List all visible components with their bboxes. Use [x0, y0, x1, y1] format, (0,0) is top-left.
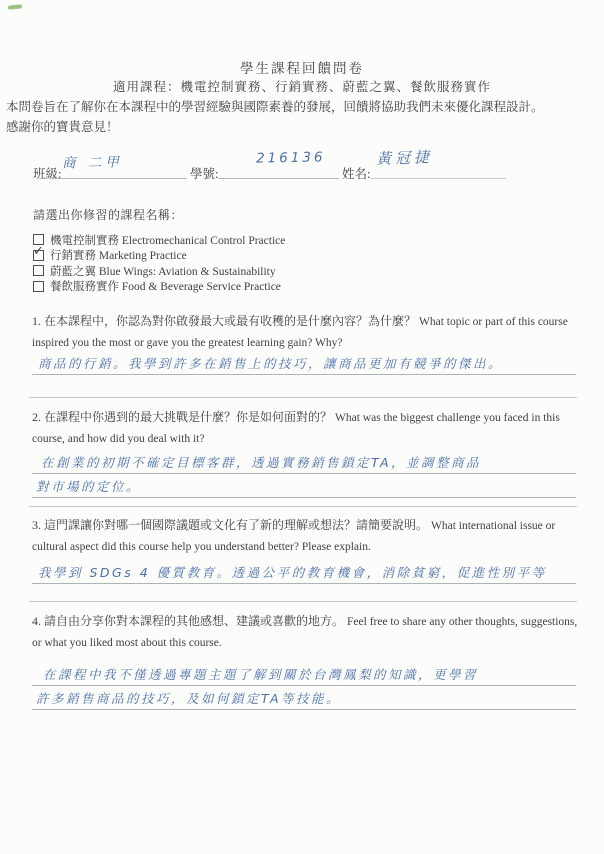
student-id-underline [218, 178, 339, 179]
question-2-answer-line-1-handwritten: 在創業的初期不確定目標客群，透過實務銷售鎖定TA，並調整商品 [41, 453, 481, 471]
form-title: 學生課程回饋問卷 [0, 57, 604, 77]
class-label: 班級: [33, 164, 61, 182]
intro-text: 本問卷旨在了解你在本課程中的學習經驗與國際素養的發展，回饋將協助我們未來優化課程… [6, 97, 598, 137]
name-underline [370, 178, 506, 179]
checkbox-blue-wings: ✓ [33, 265, 44, 276]
student-id-label: 學號: [190, 164, 218, 182]
class-value-handwritten: 商 二甲 [62, 150, 123, 171]
scan-artifact-mark [8, 4, 22, 9]
course-option-food-beverage: ✓ 餐飲服務實作 Food & Beverage Service Practic… [33, 279, 573, 295]
student-id-value-handwritten: 216136 [256, 149, 326, 166]
question-4-answer-line-2-handwritten: 許多銷售商品的技巧，及如何鎖定TA等技能。 [36, 689, 341, 707]
question-2-answer-line-2-handwritten: 對市場的定位。 [36, 477, 141, 495]
question-1-answer-handwritten: 商品的行銷。我學到許多在銷售上的技巧，讓商品更加有競爭的傑出。 [38, 354, 503, 372]
name-label: 姓名: [342, 164, 370, 182]
section-divider [29, 601, 577, 602]
answer-line: 在課程中我不僅透過專題主題了解到關於台灣鳳梨的知識，更學習 [32, 661, 576, 686]
course-option-blue-wings: ✓ 蔚藍之翼 Blue Wings: Aviation & Sustainabi… [33, 263, 573, 279]
class-underline [50, 178, 187, 179]
question-1-zh: 1. 在本課程中，你認為對你啟發最大或最有收穫的是什麼內容？為什麼？ [32, 314, 416, 328]
answer-line: 商品的行銷。我學到許多在銷售上的技巧，讓商品更加有競爭的傑出。 [32, 350, 576, 375]
answer-line: 對市場的定位。 [32, 473, 576, 498]
question-4-answer-line-1-handwritten: 在課程中我不僅透過專題主題了解到關於台灣鳳梨的知識，更學習 [43, 665, 478, 683]
section-divider [29, 397, 577, 398]
answer-line: 在創業的初期不確定目標客群，透過實務銷售鎖定TA，並調整商品 [32, 449, 576, 474]
name-value-handwritten: 黃冠捷 [376, 146, 434, 169]
scanned-questionnaire-page: 學生課程回饋問卷 適用課程：機電控制實務、行銷實務、蔚藍之翼、餐飲服務實作 本問… [0, 0, 604, 854]
applicable-courses-line: 適用課程：機電控制實務、行銷實務、蔚藍之翼、餐飲服務實作 [0, 77, 604, 95]
course-option-label: 行銷實務 Marketing Practice [50, 247, 187, 263]
intro-line-1: 本問卷旨在了解你在本課程中的學習經驗與國際素養的發展，回饋將協助我們未來優化課程… [6, 100, 544, 114]
course-option-label: 餐飲服務實作 Food & Beverage Service Practice [50, 278, 281, 294]
question-4: 4. 請自由分享你對本課程的其他感想、建議或喜歡的地方。 Feel free t… [32, 611, 579, 653]
section-divider [29, 506, 577, 507]
course-option-label: 機電控制實務 Electromechanical Control Practic… [50, 232, 285, 248]
question-3-zh: 3. 這門課讓你對哪一個國際議題或文化有了新的理解或想法？請簡要說明。 [32, 518, 428, 532]
answer-line: 我學到 SDGs 4 優質教育。透過公平的教育機會，消除貧窮，促進性別平等 [32, 559, 576, 584]
question-2-zh: 2. 在課程中你遇到的最大挑戰是什麼？你是如何面對的？ [32, 410, 332, 424]
checkbox-marketing: ✓ [33, 250, 44, 261]
question-2: 2. 在課程中你遇到的最大挑戰是什麼？你是如何面對的？ What was the… [32, 407, 579, 449]
course-select-prompt: 請選出你修習的課程名稱： [33, 206, 573, 223]
question-4-zh: 4. 請自由分享你對本課程的其他感想、建議或喜歡的地方。 [32, 614, 344, 628]
intro-line-2: 感謝你的寶貴意見！ [6, 120, 119, 134]
course-option-electromechanical: ✓ 機電控制實務 Electromechanical Control Pract… [33, 232, 573, 248]
question-3: 3. 這門課讓你對哪一個國際議題或文化有了新的理解或想法？請簡要說明。 What… [32, 515, 579, 557]
answer-line: 許多銷售商品的技巧，及如何鎖定TA等技能。 [32, 685, 576, 710]
check-mark: ✓ [33, 244, 44, 259]
course-option-marketing: ✓ 行銷實務 Marketing Practice [33, 248, 573, 264]
question-1: 1. 在本課程中，你認為對你啟發最大或最有收穫的是什麼內容？為什麼？ What … [32, 311, 579, 353]
checkbox-food-beverage: ✓ [33, 281, 44, 292]
course-selection-block: 請選出你修習的課程名稱： ✓ 機電控制實務 Electromechanical … [33, 206, 573, 294]
question-3-answer-handwritten: 我學到 SDGs 4 優質教育。透過公平的教育機會，消除貧窮，促進性別平等 [38, 563, 547, 581]
course-option-label: 蔚藍之翼 Blue Wings: Aviation & Sustainabili… [50, 263, 276, 279]
